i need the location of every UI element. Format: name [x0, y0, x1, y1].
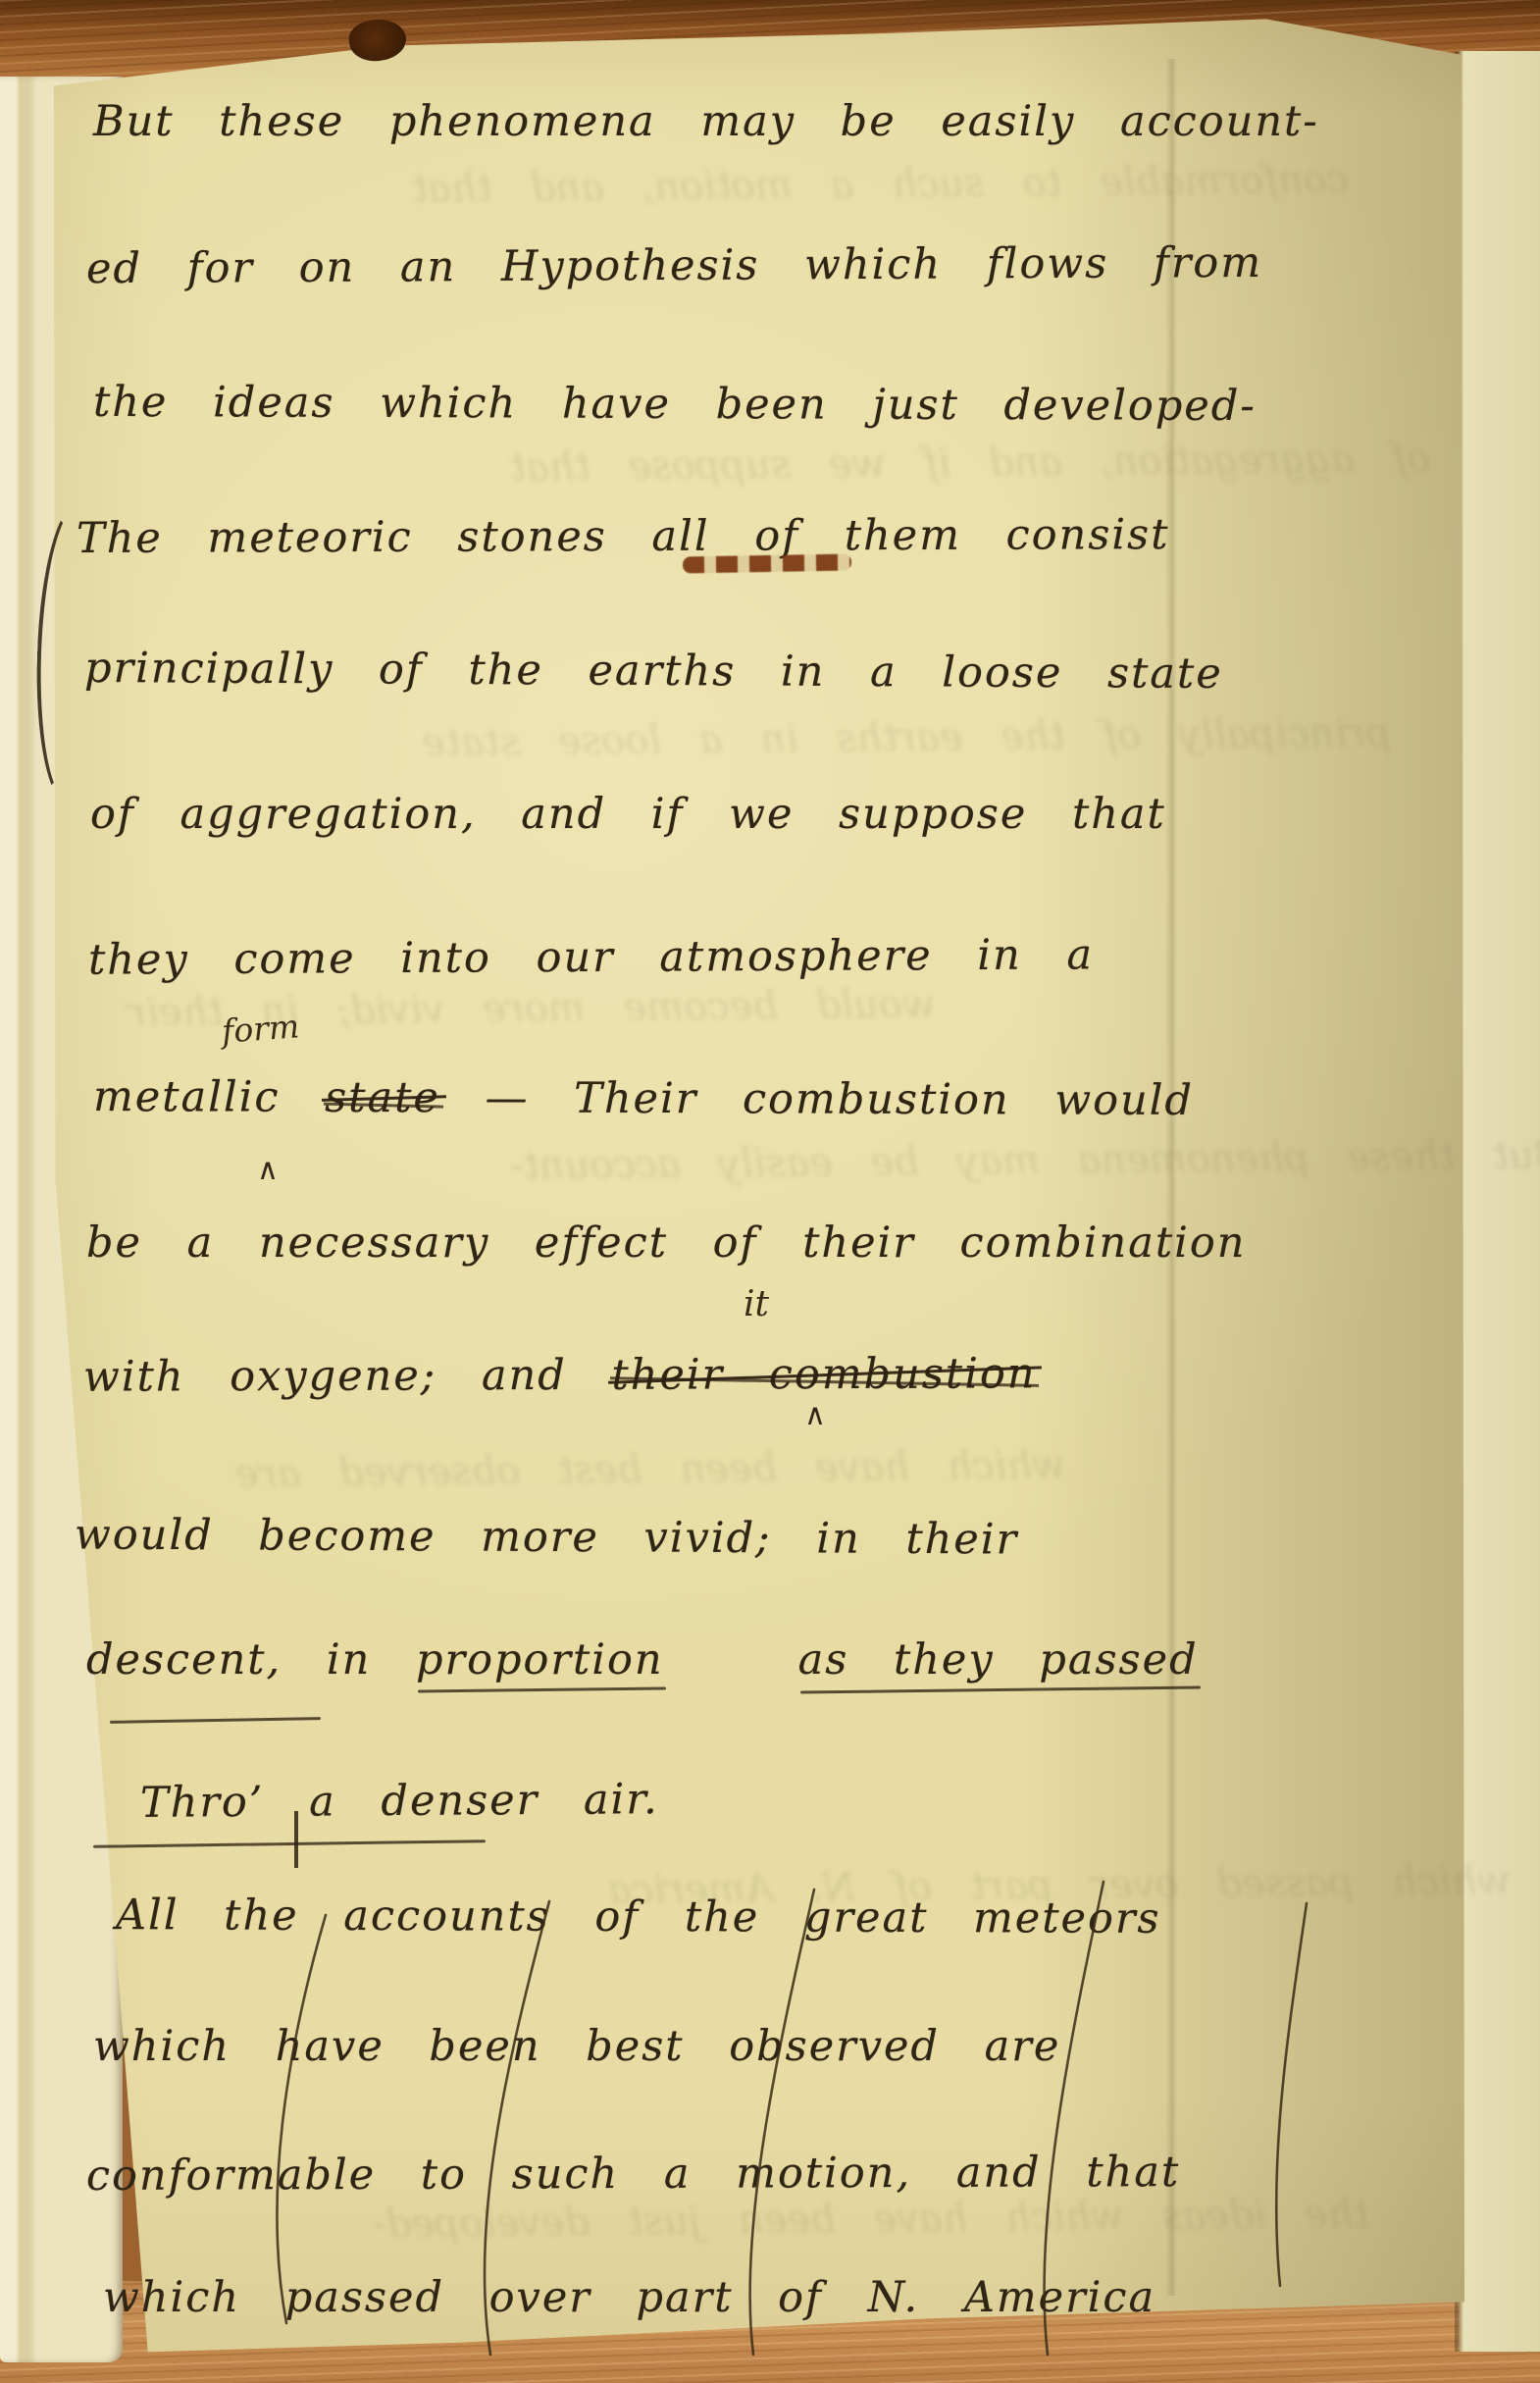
- caret-mark: ∧: [257, 1156, 279, 1185]
- manuscript-line: But these phenomena may be easily accoun…: [93, 98, 1319, 146]
- bleedthrough-text: the ideas which have been just developed…: [373, 2195, 1369, 2245]
- manuscript-line: ed for on an Hypothesis which flows from: [86, 239, 1262, 294]
- text-segment: proportion: [416, 1636, 664, 1684]
- inserted-word-form: form: [221, 1010, 300, 1047]
- text-segment: conformable to such a motion, and that: [86, 2148, 1180, 2201]
- manuscript-line: which passed over part of N. America: [103, 2274, 1155, 2322]
- manuscript-line: of aggregation, and if we suppose that: [90, 791, 1166, 839]
- manuscript-line: they come into our atmosphere in a: [88, 931, 1094, 985]
- text-segment: But these phenomena may be easily accoun…: [93, 97, 1319, 146]
- text-segment: which have been best observed are: [93, 2022, 1060, 2071]
- manuscript-line: conformable to such a motion, and that: [86, 2149, 1180, 2201]
- manuscript-line: All the accounts of the great meteors: [116, 1891, 1161, 1943]
- manuscript-line: metallic state — Their combustion would: [93, 1073, 1194, 1125]
- bleedthrough-text: conformable to such a motion, and that: [412, 160, 1350, 209]
- text-segment: ed for on an Hypothesis which flows from: [86, 238, 1262, 293]
- manuscript-line: the ideas which have been just developed…: [93, 379, 1257, 432]
- tick-mark: [294, 1811, 298, 1868]
- manuscript-line: would become more vivid; in their: [75, 1511, 1018, 1564]
- text-segment: Thro’ a denser air.: [140, 1775, 659, 1828]
- text-segment: they come into our atmosphere in a: [88, 930, 1094, 984]
- text-segment: state: [325, 1074, 440, 1123]
- text-segment: descent, in: [86, 1635, 416, 1684]
- inserted-word-it: it: [744, 1287, 769, 1322]
- manuscript-line: Thro’ a denser air.: [140, 1776, 659, 1828]
- text-segment: with oxygene; and: [83, 1351, 612, 1402]
- bleedthrough-text: of aggregation, and if we suppose that: [510, 439, 1431, 488]
- right-sheet-edge: [1455, 51, 1540, 2352]
- text-segment: [664, 1635, 798, 1684]
- text-segment: be a necessary effect of their combinati…: [86, 1218, 1247, 1268]
- manuscript-line: which have been best observed are: [93, 2023, 1060, 2071]
- manuscript-line: with oxygene; and their combustion: [83, 1350, 1037, 1402]
- text-segment: their combustion: [611, 1350, 1036, 1400]
- text-segment: as they passed: [798, 1636, 1199, 1684]
- bleedthrough-text: But these phenomena may be easily accoun…: [510, 1135, 1540, 1185]
- bleedthrough-text: principally of the earths in a loose sta…: [422, 713, 1392, 762]
- text-segment: the ideas which have been just developed…: [93, 378, 1257, 431]
- text-segment: which passed over part of N. America: [103, 2273, 1155, 2322]
- text-segment: principally of the earths in a loose sta…: [84, 644, 1223, 699]
- text-segment: metallic: [93, 1072, 325, 1122]
- text-segment: — Their combustion would: [440, 1073, 1194, 1125]
- caret-mark: ∧: [804, 1401, 826, 1430]
- manuscript-line: be a necessary effect of their combinati…: [86, 1219, 1247, 1268]
- bleedthrough-text: which have been best observed are: [235, 1446, 1066, 1494]
- text-segment: The meteoric stones all of them consist: [77, 510, 1170, 563]
- text-segment: of aggregation, and if we suppose that: [90, 790, 1166, 839]
- manuscript-line: The meteoric stones all of them consist: [77, 511, 1170, 563]
- manuscript-line: principally of the earths in a loose sta…: [84, 645, 1223, 699]
- text-segment: would become more vivid; in their: [75, 1510, 1018, 1564]
- ink-stain: [683, 554, 851, 574]
- manuscript-photo: conformable to such a motion, and that o…: [0, 0, 1540, 2383]
- text-segment: All the accounts of the great meteors: [116, 1891, 1161, 1943]
- manuscript-line: descent, in proportion as they passed: [86, 1636, 1199, 1684]
